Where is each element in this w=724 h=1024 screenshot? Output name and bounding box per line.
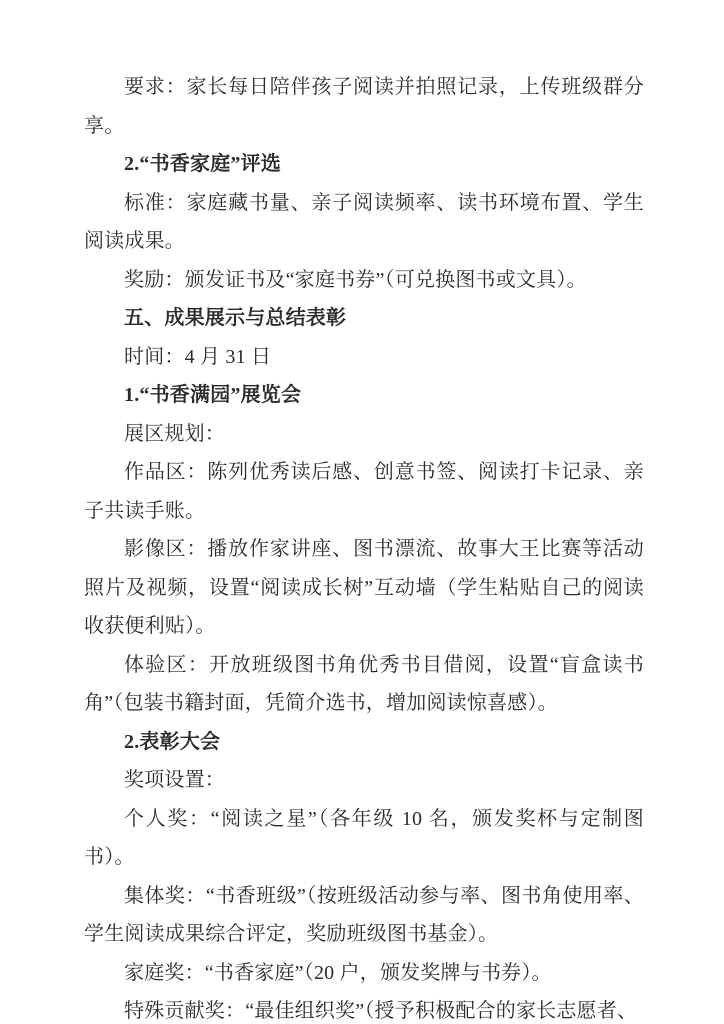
heading-section-five: 五、成果展示与总结表彰 (84, 299, 644, 338)
para-reward: 奖励：颁发证书及“家庭书券”（可兑换图书或文具）。 (84, 261, 644, 300)
para-works-zone: 作品区：陈列优秀读后感、创意书签、阅读打卡记录、亲子共读手账。 (84, 453, 644, 530)
document-page: 要求：家长每日陪伴孩子阅读并拍照记录，上传班级群分享。 2.“书香家庭”评选 标… (0, 0, 724, 1024)
para-zone-planning: 展区规划： (84, 415, 644, 454)
para-experience-zone: 体验区：开放班级图书角优秀书目借阅，设置“盲盒读书角”（包装书籍封面，凭简介选书… (84, 646, 644, 723)
para-individual-award: 个人奖：“阅读之星”（各年级 10 名，颁发奖杯与定制图书）。 (84, 800, 644, 877)
para-family-award: 家庭奖：“书香家庭”（20 户，颁发奖牌与书券）。 (84, 954, 644, 993)
heading-commendation: 2.表彰大会 (84, 723, 644, 762)
para-criteria: 标准：家庭藏书量、亲子阅读频率、读书环境布置、学生阅读成果。 (84, 184, 644, 261)
para-award-setup: 奖项设置： (84, 761, 644, 800)
para-collective-award: 集体奖：“书香班级”（按班级活动参与率、图书角使用率、学生阅读成果综合评定，奖励… (84, 877, 644, 954)
para-media-zone: 影像区：播放作家讲座、图书漂流、故事大王比赛等活动照片及视频，设置“阅读成长树”… (84, 530, 644, 646)
para-requirement: 要求：家长每日陪伴孩子阅读并拍照记录，上传班级群分享。 (84, 68, 644, 145)
para-special-award: 特殊贡献奖：“最佳组织奖”（授予积极配合的家长志愿者、 (84, 992, 644, 1024)
document-text-block: 要求：家长每日陪伴孩子阅读并拍照记录，上传班级群分享。 2.“书香家庭”评选 标… (0, 0, 724, 1024)
heading-exhibition: 1.“书香满园”展览会 (84, 376, 644, 415)
heading-family-selection: 2.“书香家庭”评选 (84, 145, 644, 184)
para-time: 时间：4 月 31 日 (84, 338, 644, 377)
